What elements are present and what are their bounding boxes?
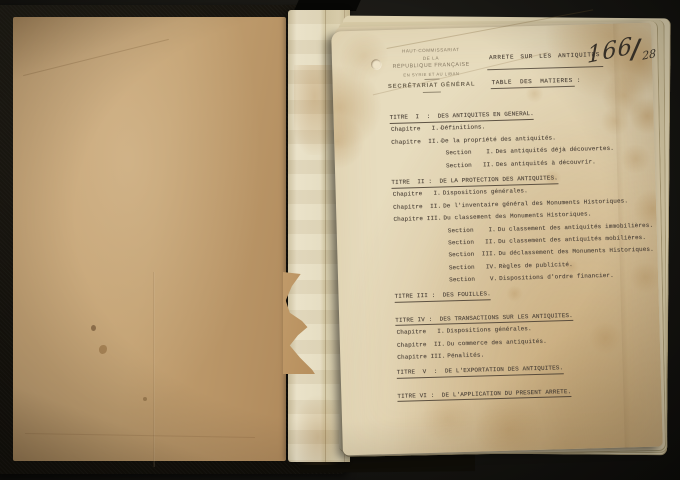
endpaper-stain xyxy=(143,397,147,401)
subtitle-underline xyxy=(491,86,575,89)
document-page: HAUT-COMMISSARIAT DE LA RÉPUBLIQUE FRANÇ… xyxy=(331,23,663,456)
document-subtitle: TABLE DES MATIERES : xyxy=(492,77,581,86)
endpaper-stain xyxy=(91,325,96,331)
endpaper-stain xyxy=(99,345,107,354)
toc-entry-label: Chapitre II. xyxy=(393,202,441,210)
endpaper-crease xyxy=(25,433,255,438)
toc-entry-label: Section II. xyxy=(446,161,494,169)
toc-titre-text: TITRE V : DE L'EXPORTATION DES ANTIQUITE… xyxy=(397,365,564,379)
toc-entry-label: Chapitre II.- xyxy=(391,137,443,145)
toc-entry-label: Section II. xyxy=(448,238,496,246)
stamp-rule xyxy=(423,92,441,94)
handwritten-number-main: 166 xyxy=(587,33,633,69)
handwritten-number-sub: 28 xyxy=(642,47,656,63)
toc-entry-text: Des antiquités à découvrir. xyxy=(496,158,596,168)
endpaper-crease xyxy=(153,272,155,467)
endpaper-crease xyxy=(23,39,169,76)
handwritten-number-slash: / xyxy=(630,35,641,66)
photo-scene: HAUT-COMMISSARIAT DE LA RÉPUBLIQUE FRANÇ… xyxy=(0,0,680,480)
toc-entry-text: Dispositions générales. xyxy=(446,325,531,334)
endpaper xyxy=(13,17,286,461)
toc-entry-text: Pénalités. xyxy=(447,351,484,359)
toc-entry-label: Chapitre I.- xyxy=(391,125,443,133)
handwritten-number: 166 / 28 xyxy=(584,25,665,88)
stamp-line: RÉPUBLIQUE FRANÇAISE xyxy=(380,61,482,70)
toc-entry-label: Chapitre II. xyxy=(397,340,445,348)
toc-row-titre: TITRE VI : DE L'APPLICATION DU PRESENT A… xyxy=(341,385,661,406)
toc-entry-label: Chapitre I. xyxy=(393,190,441,198)
toc-titre-text: TITRE VI : DE L'APPLICATION DU PRESENT A… xyxy=(397,388,571,402)
stamp-line: DE LA xyxy=(380,54,482,62)
toc-entry-label: Chapitre III. xyxy=(397,353,445,361)
toc-entry-label: Section I. xyxy=(448,226,496,234)
toc-entry-text: Règles de publicité. xyxy=(499,261,573,270)
toc-titre-text: TITRE I : DES ANTIQUITES EN GENERAL. xyxy=(389,110,534,124)
toc-entry-label: Section IV. xyxy=(449,263,497,271)
title-underline xyxy=(487,66,603,70)
document-title: ARRETE SUR LES ANTIQUITES xyxy=(489,51,600,61)
flyleaf-stain xyxy=(292,395,344,465)
stamp-rule xyxy=(424,79,439,80)
stamp-line: EN SYRIE ET AU LIBAN xyxy=(380,70,482,78)
toc: TITRE I : DES ANTIQUITES EN GENERAL.Chap… xyxy=(333,107,661,407)
toc-entry-text: Du commerce des antiquités. xyxy=(447,337,547,347)
stamp-line: SECRÉTARIAT GÉNÉRAL xyxy=(381,82,483,91)
toc-entry-label: Section I. xyxy=(445,148,493,156)
toc-entry-label: Chapitre III. xyxy=(393,215,441,223)
stamp-line: HAUT-COMMISSARIAT xyxy=(380,46,482,54)
toc-entry-label: Section V. xyxy=(449,275,497,283)
toc-entry-label: Chapitre I. xyxy=(396,328,444,336)
toc-entry-label: Section III. xyxy=(448,250,496,258)
toc-entry-text: Dispositions générales. xyxy=(443,187,528,196)
toc-titre-text: TITRE III : DES FOUILLES. xyxy=(394,291,490,303)
toc-entry-text: Définitions. xyxy=(441,124,486,132)
official-stamp: HAUT-COMMISSARIAT DE LA RÉPUBLIQUE FRANÇ… xyxy=(380,46,483,94)
